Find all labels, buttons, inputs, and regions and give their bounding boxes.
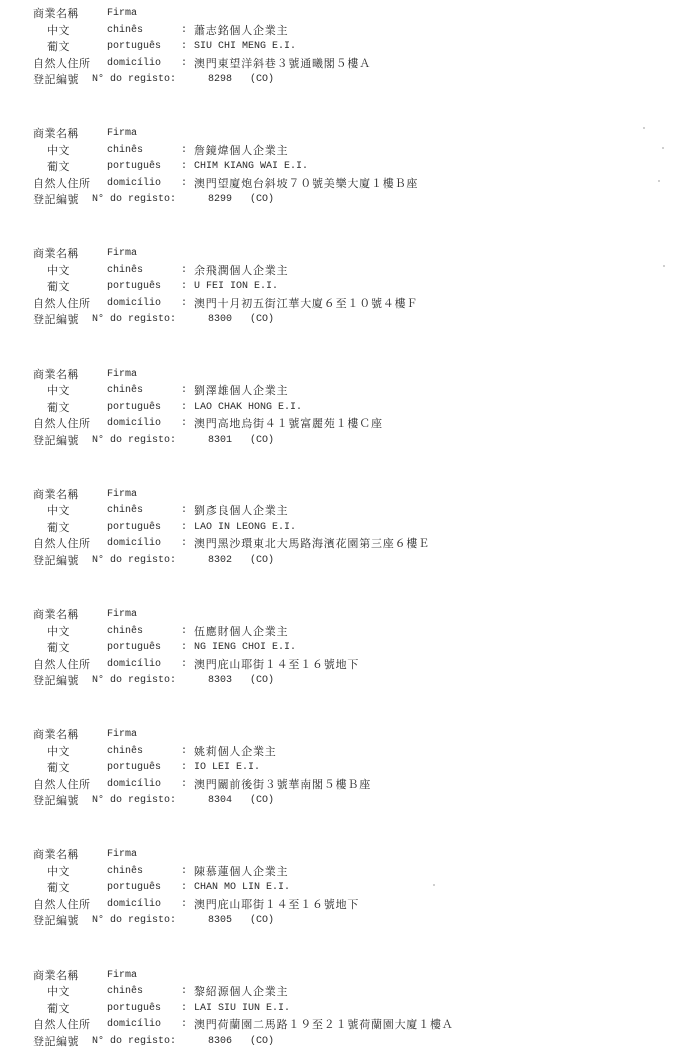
colon-separator: : (181, 777, 187, 793)
domicilio-label-pt: domicílio (107, 536, 161, 552)
firma-label-zh: 商業名稱 (33, 847, 79, 863)
domicilio-label-pt: domicílio (107, 56, 161, 72)
domicilio-label-zh: 自然人住所 (33, 176, 91, 192)
chinese-firm-name: 伍應財個人企業主 (194, 624, 288, 640)
registration-code: (CO) (250, 793, 274, 809)
chinese-firm-name: 余飛潤個人企業主 (194, 263, 288, 279)
portuguese-firm-name: U FEI ION E.I. (194, 279, 278, 295)
portugues-label-pt: português (107, 39, 161, 55)
portuguese-firm-name: LAI SIU IUN E.I. (194, 1001, 290, 1017)
portugues-label-zh: 葡文 (47, 39, 70, 55)
colon-separator: : (181, 400, 187, 416)
registo-label-zh: 登記編號 (33, 192, 79, 208)
chinese-firm-name: 陳慕蓮個人企業主 (194, 864, 288, 880)
portuguese-firm-name: LAO IN LEONG E.I. (194, 520, 296, 536)
registo-label-pt: N° do registo: (92, 913, 176, 929)
domicilio-label-zh: 自然人住所 (33, 56, 91, 72)
colon-separator: : (181, 383, 187, 399)
portugues-label-pt: português (107, 1001, 161, 1017)
firma-label-zh: 商業名稱 (33, 607, 79, 623)
colon-separator: : (181, 984, 187, 1000)
chines-label-zh: 中文 (47, 984, 70, 1000)
colon-separator: : (181, 279, 187, 295)
registo-label-pt: N° do registo: (92, 793, 176, 809)
registration-number: 8298 (208, 72, 232, 88)
colon-separator: : (181, 624, 187, 640)
chines-label-pt: chinês (107, 624, 143, 640)
colon-separator: : (181, 760, 187, 776)
registry-record: 商業名稱 Firma 中文 chinês : 詹鏡煒個人企業主 葡文 portu… (33, 126, 653, 216)
portugues-label-pt: português (107, 279, 161, 295)
registration-code: (CO) (250, 673, 274, 689)
portugues-label-pt: português (107, 400, 161, 416)
portuguese-firm-name: CHIM KIANG WAI E.I. (194, 159, 308, 175)
registration-code: (CO) (250, 913, 274, 929)
registo-label-zh: 登記編號 (33, 312, 79, 328)
chines-label-zh: 中文 (47, 503, 70, 519)
portuguese-firm-name: LAO CHAK HONG E.I. (194, 400, 302, 416)
colon-separator: : (181, 143, 187, 159)
domicile-address: 澳門十月初五街江華大廈６至１０號４樓Ｆ (194, 296, 418, 312)
firma-label-pt: Firma (107, 727, 137, 743)
firma-label-zh: 商業名稱 (33, 727, 79, 743)
chinese-firm-name: 黎紹源個人企業主 (194, 984, 288, 1000)
colon-separator: : (181, 56, 187, 72)
firma-label-pt: Firma (107, 126, 137, 142)
registration-number: 8301 (208, 433, 232, 449)
portugues-label-zh: 葡文 (47, 159, 70, 175)
firma-label-pt: Firma (107, 847, 137, 863)
portuguese-firm-name: SIU CHI MENG E.I. (194, 39, 296, 55)
firma-label-pt: Firma (107, 487, 137, 503)
chinese-firm-name: 詹鏡煒個人企業主 (194, 143, 288, 159)
firma-label-pt: Firma (107, 6, 137, 22)
portugues-label-pt: português (107, 520, 161, 536)
chines-label-pt: chinês (107, 864, 143, 880)
domicilio-label-zh: 自然人住所 (33, 1017, 91, 1033)
registo-label-pt: N° do registo: (92, 553, 176, 569)
chines-label-zh: 中文 (47, 864, 70, 880)
scan-noise (643, 127, 645, 129)
registo-label-zh: 登記編號 (33, 72, 79, 88)
chinese-firm-name: 劉澤雄個人企業主 (194, 383, 288, 399)
chines-label-pt: chinês (107, 383, 143, 399)
colon-separator: : (181, 176, 187, 192)
domicilio-label-zh: 自然人住所 (33, 416, 91, 432)
domicile-address: 澳門望廈炮台斜坡７０號美樂大廈１樓Ｂ座 (194, 176, 418, 192)
colon-separator: : (181, 880, 187, 896)
chines-label-pt: chinês (107, 263, 143, 279)
portugues-label-pt: português (107, 640, 161, 656)
chines-label-pt: chinês (107, 503, 143, 519)
colon-separator: : (181, 1001, 187, 1017)
portugues-label-zh: 葡文 (47, 520, 70, 536)
registo-label-pt: N° do registo: (92, 72, 176, 88)
chines-label-zh: 中文 (47, 263, 70, 279)
scan-noise (662, 147, 664, 149)
registration-code: (CO) (250, 1034, 274, 1050)
chines-label-pt: chinês (107, 984, 143, 1000)
firma-label-zh: 商業名稱 (33, 246, 79, 262)
colon-separator: : (181, 657, 187, 673)
scan-noise (663, 265, 665, 267)
domicile-address: 澳門黑沙環東北大馬路海濱花園第三座６樓Ｅ (194, 536, 430, 552)
registo-label-pt: N° do registo: (92, 433, 176, 449)
registo-label-zh: 登記編號 (33, 793, 79, 809)
registry-record: 商業名稱 Firma 中文 chinês : 劉彥良個人企業主 葡文 portu… (33, 487, 653, 577)
chines-label-zh: 中文 (47, 383, 70, 399)
registo-label-pt: N° do registo: (92, 192, 176, 208)
portugues-label-pt: português (107, 880, 161, 896)
domicilio-label-pt: domicílio (107, 176, 161, 192)
registration-code: (CO) (250, 553, 274, 569)
portugues-label-zh: 葡文 (47, 400, 70, 416)
registry-record: 商業名稱 Firma 中文 chinês : 伍應財個人企業主 葡文 portu… (33, 607, 653, 697)
firma-label-pt: Firma (107, 246, 137, 262)
registration-number: 8299 (208, 192, 232, 208)
registry-record: 商業名稱 Firma 中文 chinês : 黎紹源個人企業主 葡文 portu… (33, 968, 653, 1053)
domicilio-label-pt: domicílio (107, 296, 161, 312)
firma-label-pt: Firma (107, 968, 137, 984)
colon-separator: : (181, 640, 187, 656)
portugues-label-zh: 葡文 (47, 760, 70, 776)
domicile-address: 澳門高地烏街４１號富麗苑１樓Ｃ座 (194, 416, 383, 432)
chinese-firm-name: 姚莉個人企業主 (194, 744, 277, 760)
domicilio-label-pt: domicílio (107, 897, 161, 913)
registration-number: 8302 (208, 553, 232, 569)
colon-separator: : (181, 159, 187, 175)
registo-label-pt: N° do registo: (92, 312, 176, 328)
registo-label-zh: 登記編號 (33, 553, 79, 569)
chines-label-zh: 中文 (47, 624, 70, 640)
portugues-label-zh: 葡文 (47, 279, 70, 295)
registration-number: 8304 (208, 793, 232, 809)
portuguese-firm-name: CHAN MO LIN E.I. (194, 880, 290, 896)
firma-label-zh: 商業名稱 (33, 126, 79, 142)
colon-separator: : (181, 23, 187, 39)
registration-code: (CO) (250, 312, 274, 328)
domicile-address: 澳門庇山耶街１４至１６號地下 (194, 897, 359, 913)
registo-label-zh: 登記編號 (33, 673, 79, 689)
registration-code: (CO) (250, 192, 274, 208)
registry-record: 商業名稱 Firma 中文 chinês : 余飛潤個人企業主 葡文 portu… (33, 246, 653, 336)
registo-label-zh: 登記編號 (33, 433, 79, 449)
domicilio-label-pt: domicílio (107, 777, 161, 793)
domicilio-label-zh: 自然人住所 (33, 897, 91, 913)
colon-separator: : (181, 416, 187, 432)
registration-number: 8305 (208, 913, 232, 929)
domicilio-label-pt: domicílio (107, 416, 161, 432)
chinese-firm-name: 劉彥良個人企業主 (194, 503, 288, 519)
chines-label-pt: chinês (107, 23, 143, 39)
colon-separator: : (181, 536, 187, 552)
registration-code: (CO) (250, 72, 274, 88)
colon-separator: : (181, 744, 187, 760)
portugues-label-pt: português (107, 159, 161, 175)
registration-number: 8300 (208, 312, 232, 328)
colon-separator: : (181, 296, 187, 312)
registry-record: 商業名稱 Firma 中文 chinês : 蕭志銘個人企業主 葡文 portu… (33, 6, 653, 96)
domicile-address: 澳門東望洋斜巷３號通曦閣５樓Ａ (194, 56, 371, 72)
registry-record: 商業名稱 Firma 中文 chinês : 劉澤雄個人企業主 葡文 portu… (33, 367, 653, 457)
chinese-firm-name: 蕭志銘個人企業主 (194, 23, 288, 39)
colon-separator: : (181, 39, 187, 55)
registo-label-zh: 登記編號 (33, 1034, 79, 1050)
colon-separator: : (181, 864, 187, 880)
domicilio-label-pt: domicílio (107, 657, 161, 673)
portugues-label-zh: 葡文 (47, 1001, 70, 1017)
domicilio-label-pt: domicílio (107, 1017, 161, 1033)
portugues-label-pt: português (107, 760, 161, 776)
registration-number: 8306 (208, 1034, 232, 1050)
chines-label-zh: 中文 (47, 23, 70, 39)
portugues-label-zh: 葡文 (47, 880, 70, 896)
scan-noise (658, 180, 660, 182)
firma-label-zh: 商業名稱 (33, 6, 79, 22)
registration-code: (CO) (250, 433, 274, 449)
registo-label-zh: 登記編號 (33, 913, 79, 929)
portugues-label-zh: 葡文 (47, 640, 70, 656)
chines-label-pt: chinês (107, 143, 143, 159)
registry-record: 商業名稱 Firma 中文 chinês : 陳慕蓮個人企業主 葡文 portu… (33, 847, 653, 937)
firma-label-pt: Firma (107, 607, 137, 623)
portuguese-firm-name: IO LEI E.I. (194, 760, 260, 776)
portuguese-firm-name: NG IENG CHOI E.I. (194, 640, 296, 656)
domicilio-label-zh: 自然人住所 (33, 536, 91, 552)
domicilio-label-zh: 自然人住所 (33, 296, 91, 312)
firma-label-zh: 商業名稱 (33, 367, 79, 383)
colon-separator: : (181, 1017, 187, 1033)
firma-label-pt: Firma (107, 367, 137, 383)
colon-separator: : (181, 263, 187, 279)
domicile-address: 澳門庇山耶街１４至１６號地下 (194, 657, 359, 673)
registo-label-pt: N° do registo: (92, 1034, 176, 1050)
chines-label-pt: chinês (107, 744, 143, 760)
chines-label-zh: 中文 (47, 744, 70, 760)
firma-label-zh: 商業名稱 (33, 968, 79, 984)
domicilio-label-zh: 自然人住所 (33, 777, 91, 793)
colon-separator: : (181, 503, 187, 519)
domicilio-label-zh: 自然人住所 (33, 657, 91, 673)
chines-label-zh: 中文 (47, 143, 70, 159)
colon-separator: : (181, 897, 187, 913)
registration-number: 8303 (208, 673, 232, 689)
firma-label-zh: 商業名稱 (33, 487, 79, 503)
domicile-address: 澳門關前後街３號華南閣５樓Ｂ座 (194, 777, 371, 793)
registo-label-pt: N° do registo: (92, 673, 176, 689)
colon-separator: : (181, 520, 187, 536)
registry-record: 商業名稱 Firma 中文 chinês : 姚莉個人企業主 葡文 portug… (33, 727, 653, 817)
domicile-address: 澳門荷蘭園二馬路１９至２１號荷蘭園大廈１樓Ａ (194, 1017, 454, 1033)
scan-noise (433, 884, 435, 886)
